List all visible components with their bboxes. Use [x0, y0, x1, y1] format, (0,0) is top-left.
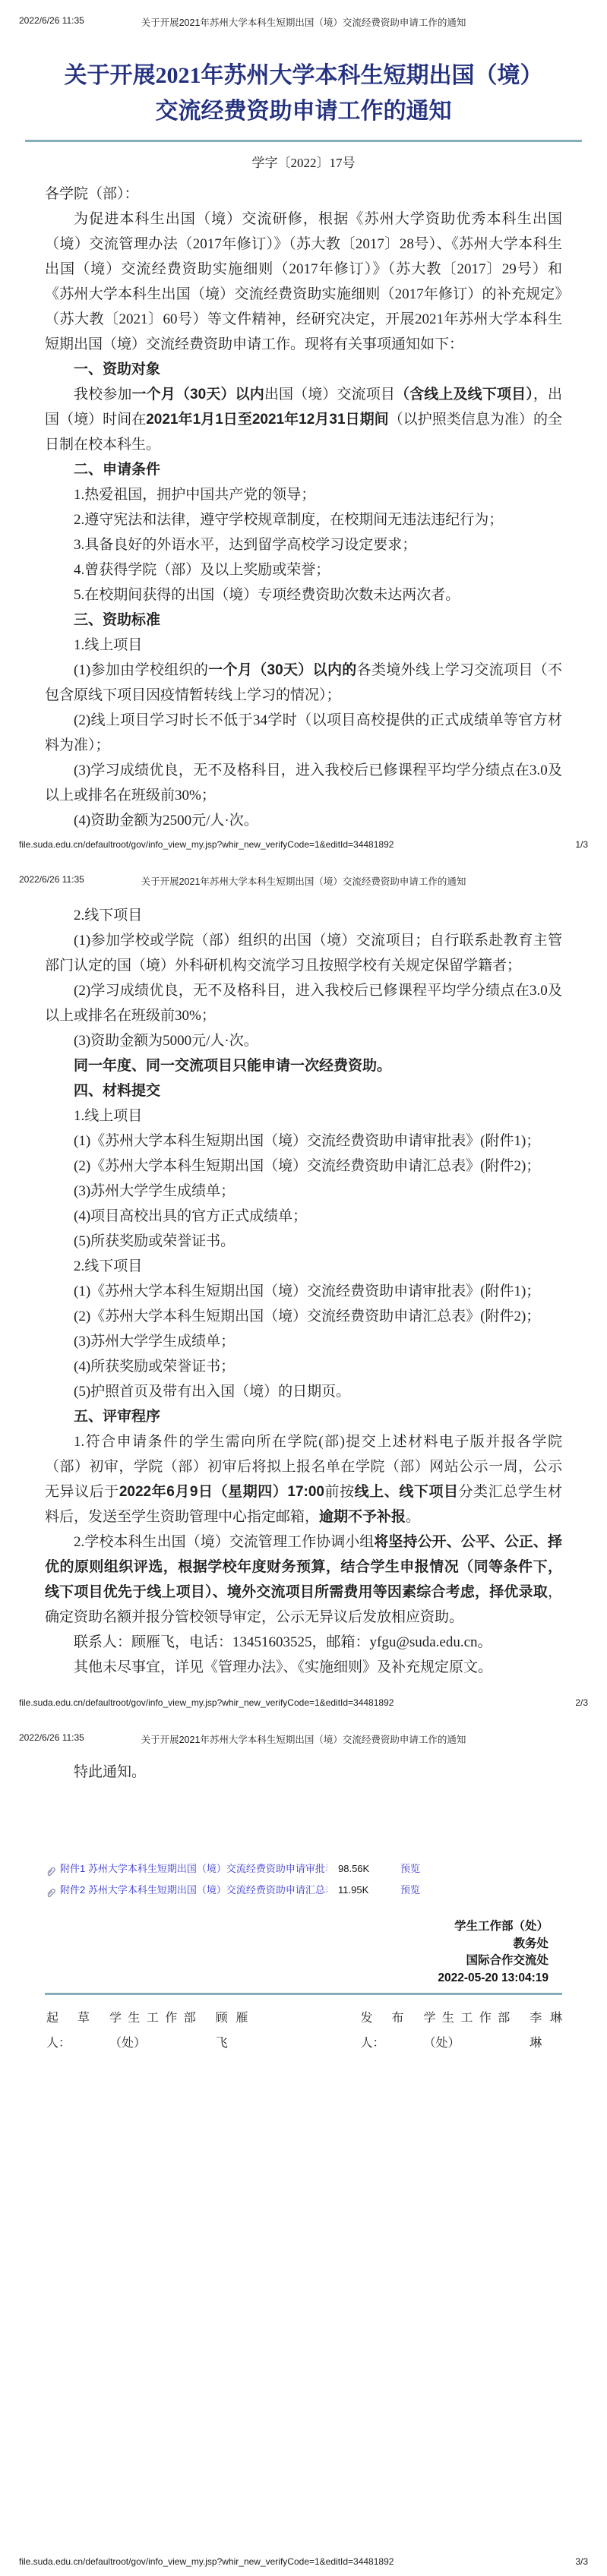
signature-block: 学生工作部（处）教务处国际合作交流处2022-05-20 13:04:19 [45, 1918, 562, 1987]
text-run: 联系人：顾雁飞，电话：13451603525，邮箱：yfgu@suda.edu.… [74, 1634, 492, 1650]
paragraph: (3)资助金额为5000元/人·次。 [45, 1028, 562, 1053]
text-run: 1.线上项目 [74, 1108, 142, 1124]
print-footer: file.suda.edu.cn/defaultroot/gov/info_vi… [19, 2556, 588, 2567]
paragraph: 5.在校期间获得的出国（境）专项经费资助次数未达两次者。 [45, 582, 562, 608]
text-run: (3)资助金额为5000元/人·次。 [74, 1033, 258, 1049]
text-run: (4)所获奖励或荣誉证书； [74, 1359, 235, 1375]
document-title-line2: 交流经费资助申请工作的通知 [156, 99, 452, 124]
text-run: 其他未尽事宜，详见《管理办法》、《实施细则》及补充规定原文。 [74, 1659, 492, 1675]
bold-text-run: （含线上及线下项目） [395, 387, 533, 402]
print-header-timestamp: 2022/6/26 11:35 [19, 15, 84, 26]
paragraph: (4)所获奖励或荣誉证书； [45, 1354, 562, 1379]
text-run: (5)所获奖励或荣誉证书。 [74, 1233, 235, 1249]
paragraph: 其他未尽事宜，详见《管理办法》、《实施细则》及补充规定原文。 [45, 1655, 562, 1680]
paragraph: 3.具备良好的外语水平，达到留学高校学习设定要求； [45, 532, 562, 557]
text-run: (1)参加学校或学院（部）组织的出国（境）交流项目；自行联系赴教育主管部门认定的… [45, 933, 562, 974]
paragraph: 4.曾获得学院（部）及以上奖励或荣誉； [45, 557, 562, 582]
bold-text-run: 2021年1月1日至2021年12月31日期间 [146, 412, 388, 428]
publisher-label: 发布人： [361, 2006, 404, 2056]
print-header-title: 关于开展2021年苏州大学本科生短期出国（境）交流经费资助申请工作的通知 [19, 1732, 588, 1746]
section-heading: 三、资助标准 [45, 608, 562, 633]
drafter-name: 顾雁飞 [216, 2006, 248, 2056]
drafter-row: 起草人：学生工作部（处）顾雁飞发布人：学生工作部（处）李琳琳 [45, 2006, 562, 2056]
attachment-row: 附件1 苏州大学本科生短期出国（境）交流经费资助申请审批表.doc98.56K预… [45, 1858, 562, 1879]
paragraph: 1.线上项目 [45, 1103, 562, 1129]
paragraph: 1.热爱祖国，拥护中国共产党的领导； [45, 482, 562, 507]
text-run: 为促进本科生出国（境）交流研修，根据《苏州大学资助优秀本科生出国（境）交流管理办… [45, 211, 562, 352]
text-run: 出国（境）交流项目 [264, 387, 395, 402]
document-number: 学字〔2022〕17号 [19, 154, 588, 172]
text-run: 2.线下项目 [74, 908, 142, 923]
emphasis-line: 同一年度、同一交流项目只能申请一次经费资助。 [45, 1053, 562, 1078]
document-title-line1: 关于开展2021年苏州大学本科生短期出国（境） [65, 63, 543, 88]
text-run: 2.线下项目 [74, 1258, 142, 1274]
text-run: 。 [406, 1509, 420, 1525]
text-run: 2.学校本科生出国（境）交流管理工作协调小组 [74, 1534, 374, 1550]
drafter-label: 起草人： [46, 2006, 90, 2056]
paperclip-icon [45, 1862, 57, 1874]
paragraph: 为促进本科生出国（境）交流研修，根据《苏州大学资助优秀本科生出国（境）交流管理办… [45, 207, 562, 357]
title-divider [25, 140, 582, 142]
page-3-content: 特此通知。附件1 苏州大学本科生短期出国（境）交流经费资助申请审批表.doc98… [19, 1760, 588, 2056]
text-run: (2)《苏州大学本科生短期出国（境）交流经费资助申请汇总表》(附件2)； [74, 1309, 540, 1324]
text-run: (3)学习成绩优良，无不及格科目，进入我校后已修课程平均学分绩点在3.0及以上或… [45, 762, 562, 803]
print-footer-url: file.suda.edu.cn/defaultroot/gov/info_vi… [19, 2556, 394, 2567]
spacer [45, 1785, 562, 1858]
print-footer-url: file.suda.edu.cn/defaultroot/gov/info_vi… [19, 1697, 394, 1708]
paperclip-icon [45, 1883, 57, 1896]
paragraph: 2.线下项目 [45, 903, 562, 928]
paragraph: (2)《苏州大学本科生短期出国（境）交流经费资助申请汇总表》(附件2)； [45, 1154, 562, 1179]
text-run: 4.曾获得学院（部）及以上奖励或荣誉； [74, 562, 330, 578]
publisher-department: 学生工作部（处） [423, 2006, 510, 2056]
attachment-size: 11.95K [338, 1877, 387, 1902]
paragraph: (4)项目高校出具的官方正式成绩单； [45, 1204, 562, 1229]
text-run: (2)学习成绩优良，无不及格科目，进入我校后已修课程平均学分绩点在3.0及以上或… [45, 983, 562, 1024]
signature-line: 2022-05-20 13:04:19 [45, 1970, 549, 1987]
page-3: 2022/6/26 11:35 关于开展2021年苏州大学本科生短期出国（境）交… [0, 1717, 607, 2576]
paragraph: (2)《苏州大学本科生短期出国（境）交流经费资助申请汇总表》(附件2)； [45, 1304, 562, 1329]
spacer [45, 1900, 562, 1918]
print-footer-page-number: 1/3 [575, 839, 588, 850]
section-heading: 四、材料提交 [45, 1078, 562, 1103]
text-run: 1.热爱祖国，拥护中国共产党的领导； [74, 487, 315, 503]
paragraph: (3)苏州大学学生成绩单； [45, 1329, 562, 1354]
print-footer-url: file.suda.edu.cn/defaultroot/gov/info_vi… [19, 839, 394, 850]
print-header: 2022/6/26 11:35 关于开展2021年苏州大学本科生短期出国（境）交… [19, 874, 588, 886]
section-heading: 一、资助对象 [45, 357, 562, 382]
document-title: 关于开展2021年苏州大学本科生短期出国（境） 交流经费资助申请工作的通知 [42, 58, 565, 129]
text-run: 3.具备良好的外语水平，达到留学高校学习设定要求； [74, 537, 416, 553]
print-footer: file.suda.edu.cn/defaultroot/gov/info_vi… [19, 839, 588, 850]
paragraph: 1.符合申请条件的学生需向所在学院(部)提交上述材料电子版并报各学院（部）初审，… [45, 1429, 562, 1529]
text-run: (1)《苏州大学本科生短期出国（境）交流经费资助申请审批表》(附件1)； [74, 1283, 540, 1299]
text-run: 特此通知。 [74, 1764, 146, 1780]
text-run: (2)《苏州大学本科生短期出国（境）交流经费资助申请汇总表》(附件2)； [74, 1158, 540, 1174]
text-run: (4)资助金额为2500元/人·次。 [74, 813, 258, 829]
signature-line: 教务处 [45, 1936, 549, 1953]
text-run: 1.线上项目 [74, 637, 142, 653]
drafter-group: 起草人：学生工作部（处）顾雁飞 [46, 2006, 248, 2056]
page-1-content: 各学院（部）：为促进本科生出国（境）交流研修，根据《苏州大学资助优秀本科生出国（… [19, 182, 588, 833]
publisher-name: 李琳琳 [530, 2006, 562, 2056]
publisher-group: 发布人：学生工作部（处）李琳琳 [361, 2006, 563, 2056]
paragraph: 2.线下项目 [45, 1254, 562, 1279]
print-header-title: 关于开展2021年苏州大学本科生短期出国（境）交流经费资助申请工作的通知 [19, 874, 588, 888]
paragraph: 1.线上项目 [45, 633, 562, 658]
text-run: 各学院（部）： [45, 186, 139, 202]
bold-text-run: 逾期不予补报 [319, 1509, 406, 1525]
paragraph: (4)资助金额为2500元/人·次。 [45, 808, 562, 833]
text-run: (4)项目高校出具的官方正式成绩单； [74, 1208, 307, 1224]
text-run: (3)苏州大学学生成绩单； [74, 1183, 235, 1199]
print-header-timestamp: 2022/6/26 11:35 [19, 1732, 84, 1743]
text-run: (3)苏州大学学生成绩单； [74, 1334, 235, 1350]
drafter-department: 学生工作部（处） [109, 2006, 196, 2056]
paragraph: (3)学习成绩优良，无不及格科目，进入我校后已修课程平均学分绩点在3.0及以上或… [45, 758, 562, 808]
print-header-title: 关于开展2021年苏州大学本科生短期出国（境）交流经费资助申请工作的通知 [19, 15, 588, 29]
print-header: 2022/6/26 11:35 关于开展2021年苏州大学本科生短期出国（境）交… [19, 15, 588, 27]
paragraph: 特此通知。 [45, 1760, 562, 1785]
page-2-content: 2.线下项目(1)参加学校或学院（部）组织的出国（境）交流项目；自行联系赴教育主… [19, 903, 588, 1680]
bold-text-run: 2022年6月9日（星期四）17:00 [119, 1484, 324, 1500]
paragraph: 我校参加一个月（30天）以内出国（境）交流项目（含线上及线下项目），出国（境）时… [45, 382, 562, 457]
print-footer: file.suda.edu.cn/defaultroot/gov/info_vi… [19, 1697, 588, 1708]
paragraph: (2)学习成绩优良，无不及格科目，进入我校后已修课程平均学分绩点在3.0及以上或… [45, 978, 562, 1028]
section-heading: 五、评审程序 [45, 1404, 562, 1429]
paragraph: 2.遵守宪法和法律，遵守学校规章制度，在校期间无违法违纪行为； [45, 507, 562, 532]
paragraph: 联系人：顾雁飞，电话：13451603525，邮箱：yfgu@suda.edu.… [45, 1630, 562, 1655]
print-footer-page-number: 2/3 [575, 1697, 588, 1708]
paragraph: 各学院（部）： [45, 182, 562, 207]
bold-text-run: 线上、线下项目 [355, 1484, 459, 1500]
preview-link[interactable]: 预览 [400, 1877, 420, 1902]
text-run: 前按 [324, 1484, 355, 1500]
text-run: (1)参加由学校组织的 [74, 662, 208, 678]
text-run: 2.遵守宪法和法律，遵守学校规章制度，在校期间无违法违纪行为； [74, 512, 503, 528]
print-header-timestamp: 2022/6/26 11:35 [19, 874, 84, 885]
print-header: 2022/6/26 11:35 关于开展2021年苏州大学本科生短期出国（境）交… [19, 1732, 588, 1744]
text-run: (1)《苏州大学本科生短期出国（境）交流经费资助申请审批表》(附件1)； [74, 1133, 540, 1149]
text-run: 我校参加 [74, 387, 132, 402]
paragraph: (3)苏州大学学生成绩单； [45, 1179, 562, 1204]
text-run: (2)线上项目学习时长不低于34学时（以项目高校提供的正式成绩单等官方材料为准）… [45, 712, 562, 753]
paragraph: (1)《苏州大学本科生短期出国（境）交流经费资助申请审批表》(附件1)； [45, 1279, 562, 1304]
paragraph: (5)所获奖励或荣誉证书。 [45, 1229, 562, 1254]
attachment-row: 附件2 苏州大学本科生短期出国（境）交流经费资助申请汇总表.xlsx11.95K… [45, 1879, 562, 1900]
paragraph: 2.学校本科生出国（境）交流管理工作协调小组将坚持公开、公平、公正、择优的原则组… [45, 1529, 562, 1630]
signature-line: 学生工作部（处） [45, 1918, 549, 1936]
paragraph: (2)线上项目学习时长不低于34学时（以项目高校提供的正式成绩单等官方材料为准）… [45, 708, 562, 758]
bold-text-run: 一个月（30天）以内 [132, 387, 264, 402]
page-1: 2022/6/26 11:35 关于开展2021年苏州大学本科生短期出国（境）交… [0, 0, 607, 859]
attachment-list: 附件1 苏州大学本科生短期出国（境）交流经费资助申请审批表.doc98.56K预… [45, 1858, 562, 1900]
paragraph: (1)参加学校或学院（部）组织的出国（境）交流项目；自行联系赴教育主管部门认定的… [45, 928, 562, 978]
page-2: 2022/6/26 11:35 关于开展2021年苏州大学本科生短期出国（境）交… [0, 859, 607, 1718]
paragraph: (5)护照首页及带有出入国（境）的日期页。 [45, 1379, 562, 1404]
text-run: 5.在校期间获得的出国（境）专项经费资助次数未达两次者。 [74, 587, 460, 603]
section-heading: 二、申请条件 [45, 457, 562, 482]
signature-line: 国际合作交流处 [45, 1953, 549, 1970]
bold-text-run: 一个月（30天）以内的 [208, 662, 356, 678]
text-run: (5)护照首页及带有出入国（境）的日期页。 [74, 1384, 350, 1400]
print-footer-page-number: 3/3 [575, 2556, 588, 2567]
paragraph: (1)参加由学校组织的一个月（30天）以内的各类境外线上学习交流项目（不包含原线… [45, 658, 562, 708]
signature-divider [45, 1993, 562, 1995]
paragraph: (1)《苏州大学本科生短期出国（境）交流经费资助申请审批表》(附件1)； [45, 1129, 562, 1154]
attachment-link[interactable]: 附件2 苏州大学本科生短期出国（境）交流经费资助申请汇总表.xlsx [60, 1877, 327, 1902]
